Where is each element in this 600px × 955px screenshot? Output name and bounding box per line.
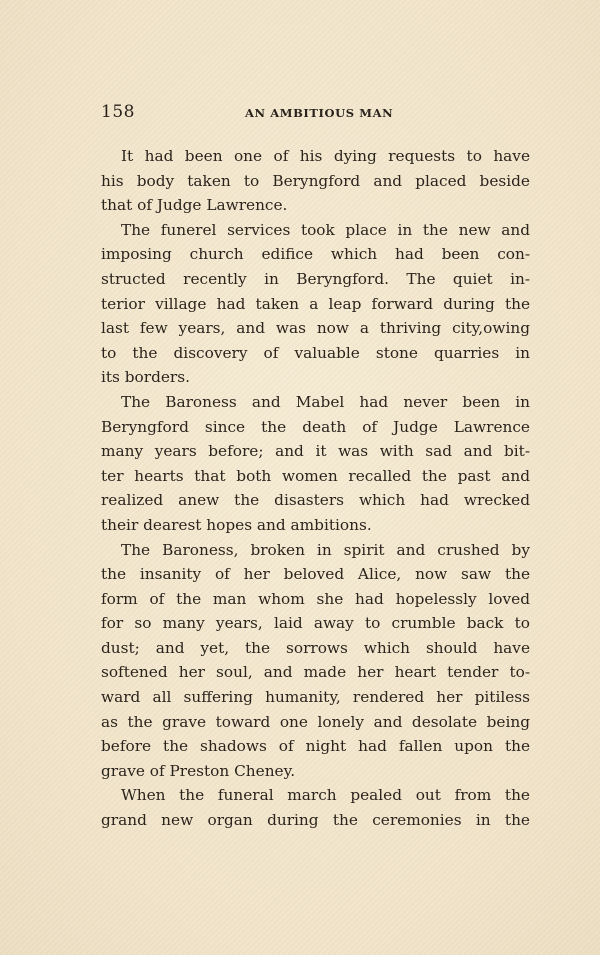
paragraph: It had been one of his dying requests to… (101, 144, 530, 218)
text-line: for so many years, laid away to crumble … (101, 611, 530, 636)
paragraph: The Baroness, broken in spirit and crush… (101, 538, 530, 784)
text-line: their dearest hopes and ambitions. (101, 513, 530, 538)
book-page: 158 AN AMBITIOUS MAN It had been one of … (0, 0, 600, 955)
text-line: that of Judge Lawrence. (101, 193, 530, 218)
text-line: dust; and yet, the sorrows which should … (101, 636, 530, 661)
text-line: It had been one of his dying requests to… (101, 144, 530, 169)
text-line: The funerel services took place in the n… (101, 218, 530, 243)
text-line: The Baroness and Mabel had never been in (101, 390, 530, 415)
paragraph: The Baroness and Mabel had never been in… (101, 390, 530, 538)
text-line: When the funeral march pealed out from t… (101, 783, 530, 808)
text-line: its borders. (101, 365, 530, 390)
body-text: It had been one of his dying requests to… (101, 144, 530, 833)
text-line: the insanity of her beloved Alice, now s… (101, 562, 530, 587)
page-number: 158 (101, 102, 135, 122)
text-line: Beryngford since the death of Judge Lawr… (101, 415, 530, 440)
text-line: ter hearts that both women recalled the … (101, 464, 530, 489)
paragraph: The funerel services took place in the n… (101, 218, 530, 390)
text-line: his body taken to Beryngford and placed … (101, 169, 530, 194)
text-line: structed recently in Beryngford. The qui… (101, 267, 530, 292)
running-head: AN AMBITIOUS MAN (245, 106, 393, 120)
text-line: grand new organ during the ceremonies in… (101, 808, 530, 833)
text-line: ward all suffering humanity, rendered he… (101, 685, 530, 710)
text-line: before the shadows of night had fallen u… (101, 734, 530, 759)
text-line: realized anew the disasters which had wr… (101, 488, 530, 513)
paragraph: When the funeral march pealed out from t… (101, 783, 530, 832)
page-header: 158 AN AMBITIOUS MAN (101, 100, 530, 124)
text-line: The Baroness, broken in spirit and crush… (101, 538, 530, 563)
text-line: terior village had taken a leap forward … (101, 292, 530, 317)
text-line: last few years, and was now a thriving c… (101, 316, 530, 341)
text-line: softened her soul, and made her heart te… (101, 660, 530, 685)
text-line: grave of Preston Cheney. (101, 759, 530, 784)
text-line: imposing church edifice which had been c… (101, 242, 530, 267)
text-line: as the grave toward one lonely and desol… (101, 710, 530, 735)
text-line: to the discovery of valuable stone quarr… (101, 341, 530, 366)
text-line: form of the man whom she had hopelessly … (101, 587, 530, 612)
text-line: many years before; and it was with sad a… (101, 439, 530, 464)
